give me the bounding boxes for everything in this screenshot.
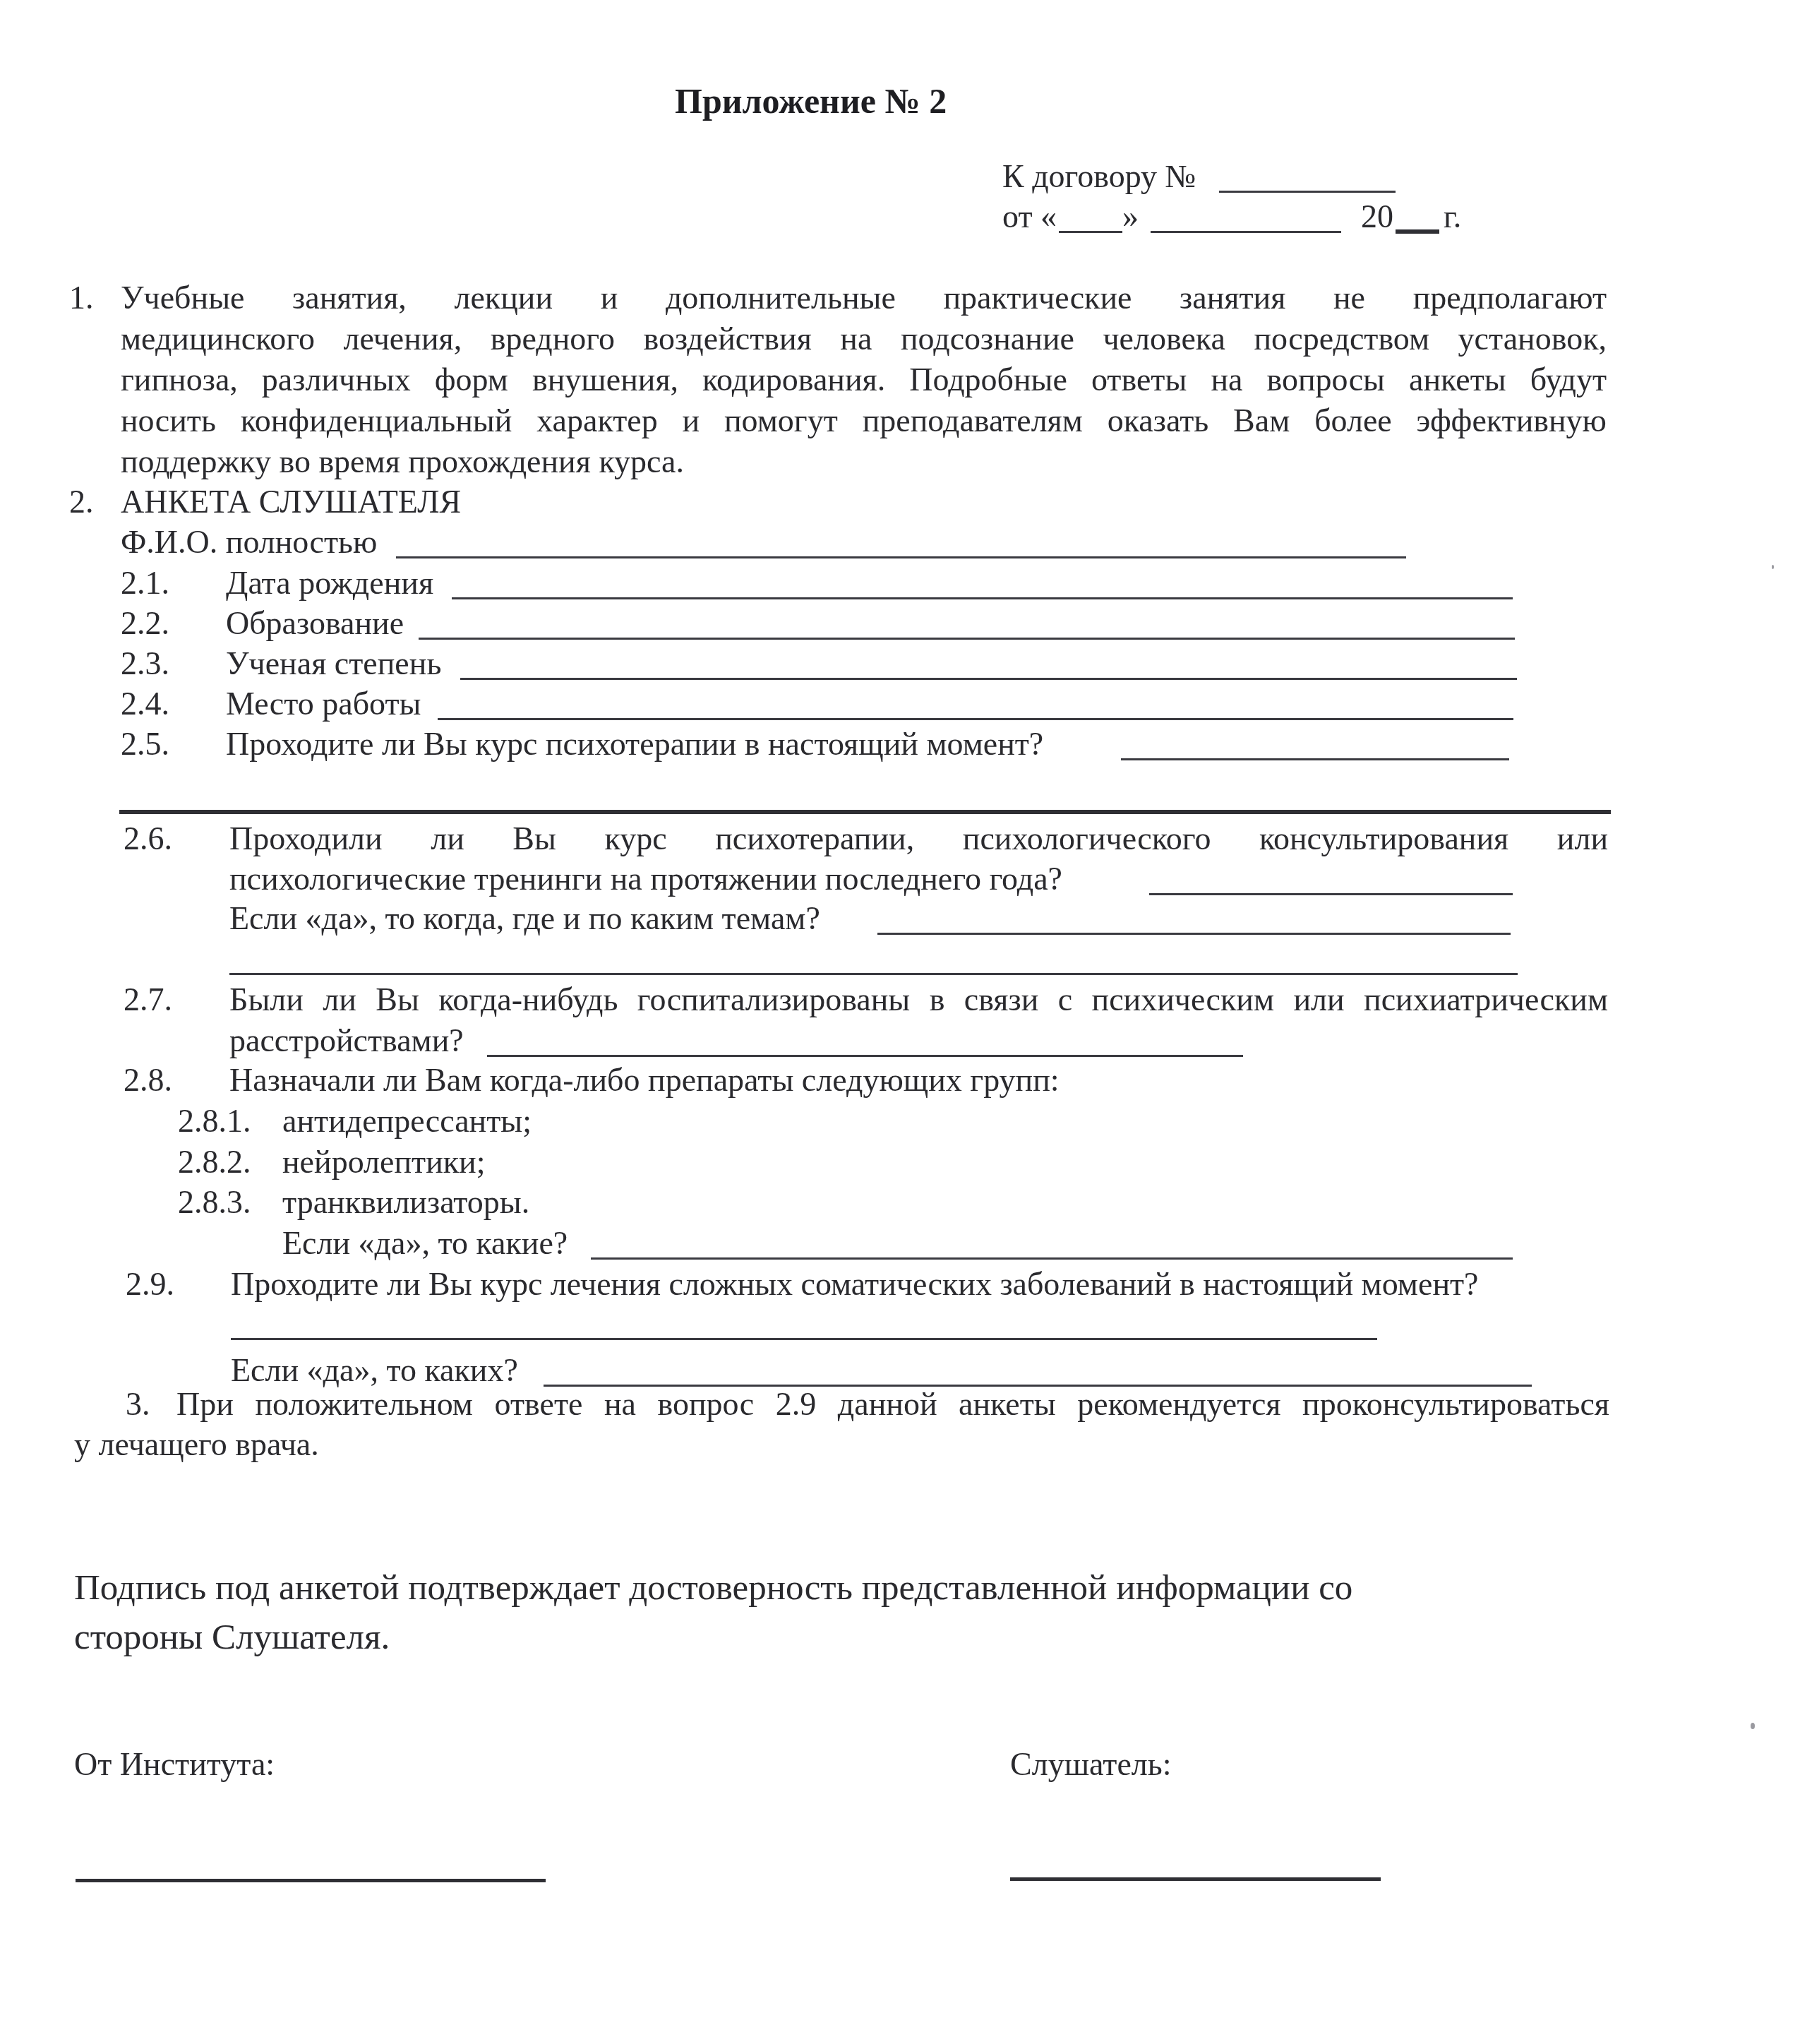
hospitalization-field[interactable] [487, 1055, 1243, 1057]
item-number: 2.8. [124, 1064, 172, 1096]
medications-field[interactable] [591, 1257, 1513, 1260]
year-prefix: 20 [1361, 201, 1393, 233]
past-psychotherapy-details-line[interactable] [229, 973, 1518, 975]
questionnaire-heading: АНКЕТА СЛУШАТЕЛЯ [121, 486, 461, 518]
item-number: 2.2. [121, 607, 169, 640]
past-psychotherapy-details-field[interactable] [877, 933, 1511, 935]
year-suffix: г. [1444, 201, 1461, 233]
workplace-label: Место работы [226, 688, 421, 720]
date-year-field[interactable] [1396, 229, 1439, 234]
past-psychotherapy-followup: Если «да», то когда, где и по каким тема… [229, 902, 820, 935]
hospitalization-question-cont: расстройствами? [229, 1024, 464, 1057]
somatic-treatment-field[interactable] [231, 1338, 1377, 1340]
item-number: 2.1. [121, 567, 169, 599]
section-1-line: гипноза, различных форм внушения, кодиро… [121, 364, 1607, 396]
past-psychotherapy-field[interactable] [1149, 893, 1513, 895]
item-number: 2.3. [121, 647, 169, 680]
section-1-line: Учебные занятия, лекции и дополнительные… [121, 282, 1607, 314]
section-1-number: 1. [69, 282, 94, 314]
section-3-text-cont: у лечащего врача. [74, 1428, 319, 1461]
section-1-line: носить конфиденциальный характер и помог… [121, 405, 1607, 437]
education-field[interactable] [419, 638, 1515, 640]
institute-signature-label: От Института: [74, 1748, 275, 1781]
somatic-treatment-question: Проходите ли Вы курс лечения сложных сом… [231, 1268, 1479, 1301]
subitem-number: 2.8.1. [178, 1105, 251, 1137]
date-month-field[interactable] [1151, 231, 1341, 233]
past-psychotherapy-question-cont: психологические тренинги на протяжении п… [229, 863, 1062, 895]
fio-label: Ф.И.О. полностью [121, 526, 377, 558]
section-1-line: медицинского лечения, вредного воздейств… [121, 323, 1607, 355]
section-1-line: поддержку во время прохождения курса. [121, 446, 684, 478]
contract-number-label: К договору № [1002, 160, 1196, 193]
current-psychotherapy-answer-line[interactable] [119, 810, 1611, 814]
confirmation-text: Подпись под анкетой подтверждает достове… [74, 1570, 1352, 1606]
neuroleptics-label: нейролептики; [282, 1146, 486, 1178]
item-number: 2.6. [124, 823, 172, 855]
fio-field[interactable] [396, 556, 1406, 558]
subitem-number: 2.8.3. [178, 1186, 251, 1219]
item-number: 2.7. [124, 984, 172, 1016]
item-number: 2.9. [126, 1268, 174, 1301]
scan-speck [1772, 565, 1774, 569]
section-3-number: 3. [126, 1388, 150, 1421]
date-mid: » [1122, 201, 1139, 233]
listener-signature-field[interactable] [1010, 1877, 1381, 1881]
institute-signature-field[interactable] [76, 1879, 546, 1882]
section-3-text: При положительном ответе на вопрос 2.9 д… [176, 1388, 1609, 1421]
item-number: 2.4. [121, 688, 169, 720]
medications-followup: Если «да», то какие? [282, 1227, 568, 1260]
antidepressants-label: антидепрессанты; [282, 1105, 532, 1137]
contract-number-field[interactable] [1219, 191, 1396, 193]
somatic-treatment-followup: Если «да», то каких? [231, 1354, 518, 1387]
section-2-number: 2. [69, 486, 94, 518]
academic-degree-label: Ученая степень [226, 647, 441, 680]
past-psychotherapy-question: Проходили ли Вы курс психотерапии, психо… [229, 823, 1608, 855]
academic-degree-field[interactable] [460, 678, 1517, 680]
workplace-field[interactable] [438, 718, 1513, 720]
subitem-number: 2.8.2. [178, 1146, 251, 1178]
current-psychotherapy-field[interactable] [1121, 758, 1509, 760]
confirmation-text-cont: стороны Слушателя. [74, 1620, 390, 1656]
item-number: 2.5. [121, 728, 169, 760]
birth-date-label: Дата рождения [226, 567, 433, 599]
medications-question: Назначали ли Вам когда-либо препараты сл… [229, 1064, 1060, 1096]
tranquilizers-label: транквилизаторы. [282, 1186, 529, 1219]
listener-signature-label: Слушатель: [1010, 1748, 1172, 1781]
education-label: Образование [226, 607, 404, 640]
document-title: Приложение № 2 [675, 83, 947, 119]
hospitalization-question: Были ли Вы когда-нибудь госпитализирован… [229, 984, 1608, 1016]
current-psychotherapy-label: Проходите ли Вы курс психотерапии в наст… [226, 728, 1043, 760]
date-day-field[interactable] [1059, 231, 1122, 233]
scan-speck [1751, 1723, 1755, 1729]
date-prefix: от « [1002, 201, 1057, 233]
birth-date-field[interactable] [452, 597, 1513, 599]
